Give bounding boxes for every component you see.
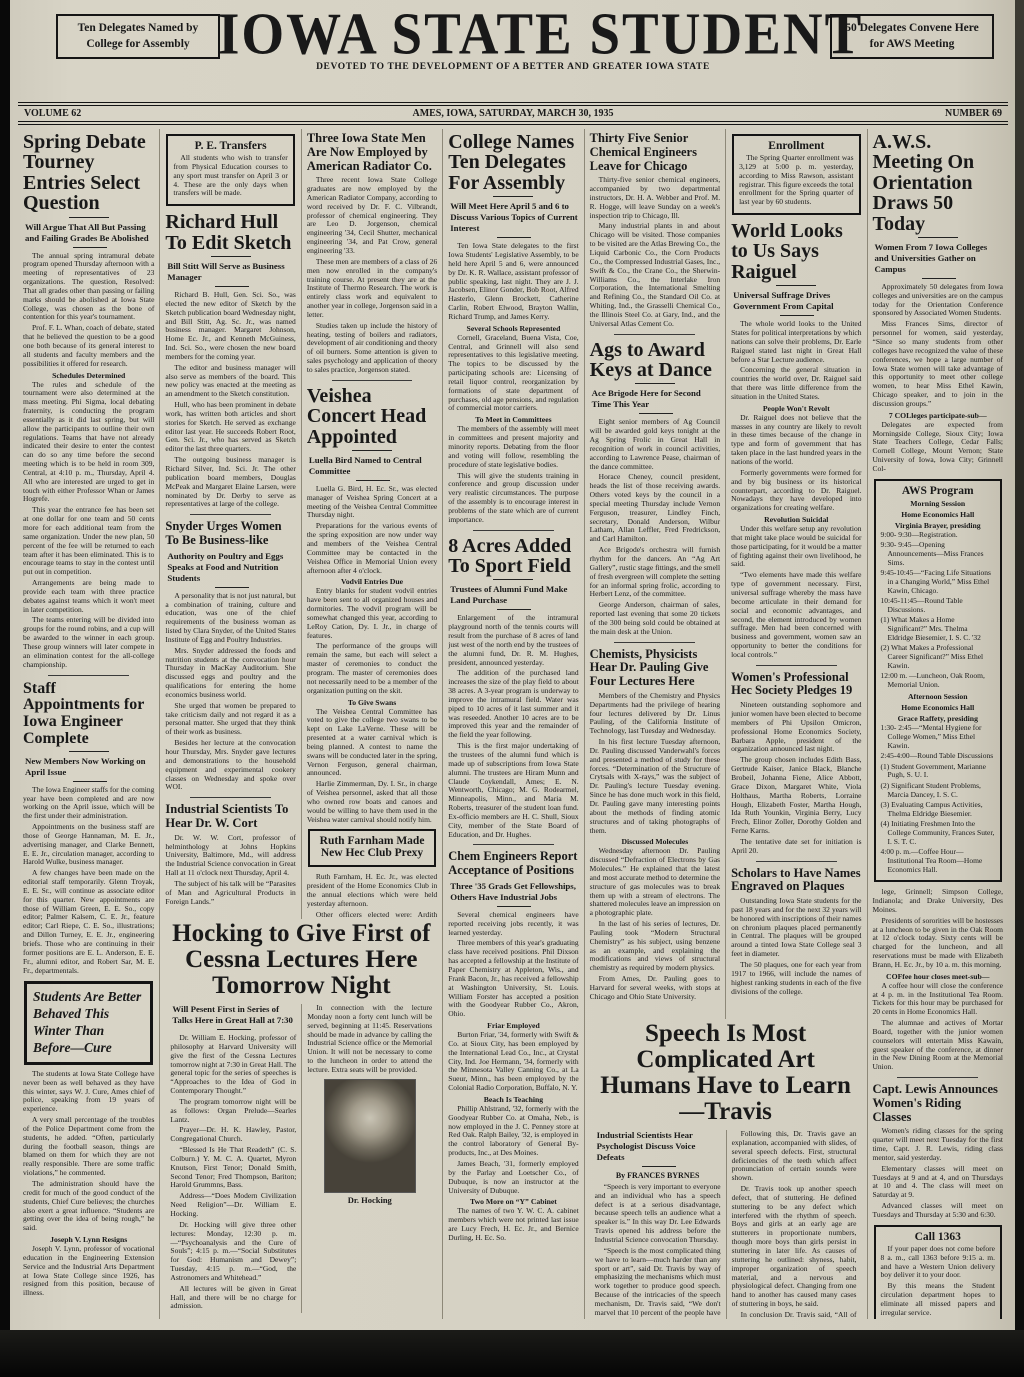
story-ruth-farnham: Ruth Farnham Made New Hec Club Prexy Rut…: [307, 829, 437, 919]
paragraph: Nineteen outstanding sophomore and junio…: [731, 701, 861, 754]
dr-hocking-photo: [324, 1079, 416, 1193]
story-hec-society-pledges: Women's Professional Hec Society Pledges…: [731, 671, 861, 856]
section-subhead: Two More on “Y” Cabinet: [448, 1197, 578, 1206]
paragraph: Dr. W. W. Cort, professor of helmintholo…: [165, 834, 295, 878]
paragraph: The rules and schedule of the tournament…: [23, 381, 154, 505]
paragraph: lege, Grinnell; Simpson College, Indiano…: [873, 888, 1003, 915]
story-body: The whole world looks to the United Stat…: [731, 320, 861, 660]
photo-caption: Dr. Hocking: [307, 1195, 432, 1205]
story-columns: Industrial Scientists Hear Psychologist …: [590, 1130, 862, 1319]
story-columns: Will Pesent First in Series of Talks Her…: [165, 1004, 437, 1313]
divider: [473, 844, 554, 845]
story-body: Ruth Farnham, H. Ec. Jr., was elected pr…: [307, 873, 437, 919]
boxed-headline: Students Are Better Behaved This Winter …: [24, 981, 153, 1065]
story-body: Three recent Iowa State College graduate…: [307, 176, 437, 375]
story-spring-debate: Spring Debate Tourney Entries Select Que…: [23, 132, 154, 670]
subhead: Industrial Scientists Hear Psychologist …: [595, 1130, 721, 1167]
paragraph: The editor and business manager will als…: [165, 364, 295, 399]
ear-box-right: 50 Delegates Convene Here for AWS Meetin…: [830, 14, 994, 59]
box-title: Call 1363: [881, 1231, 995, 1243]
headline: Women's Professional Hec Society Pledges…: [731, 671, 861, 699]
story-college-names-delegates: College Names Ten Delegates For Assembly…: [448, 132, 578, 525]
deck: Ace Brigode Here for Second Time This Ye…: [590, 388, 720, 414]
story-body: Enlargement of the intramural playground…: [448, 614, 578, 839]
paragraph: Outstanding Iowa State students for the …: [731, 897, 861, 959]
paragraph: The Veishea Central Committee has voted …: [307, 708, 437, 779]
box-pe-transfers: P. E. Transfers All students who wish to…: [166, 134, 294, 206]
story-body: A personality that is not just natural, …: [165, 592, 295, 793]
column-7: A.W.S. Meeting On Orientation Draws 50 T…: [867, 129, 1008, 1319]
headline: World Looks to Us Says Raiguel: [731, 221, 861, 286]
story-body: The Iowa Engineer staffs for the coming …: [23, 786, 154, 976]
story-raiguel: World Looks to Us Says Raiguel Universal…: [731, 221, 861, 660]
paragraph: This year the entrance fee has been set …: [23, 506, 154, 577]
divider: [756, 665, 837, 666]
column-4: College Names Ten Delegates For Assembly…: [442, 129, 583, 1319]
box-enrollment: Enrollment The Spring Quarter enrollment…: [732, 134, 860, 215]
paragraph: (2) Significant Student Problems, Marcia…: [881, 782, 995, 800]
headline: Three Iowa State Men Are Now Employed by…: [307, 132, 437, 173]
paper-title: IOWA STATE STUDENT: [218, 4, 808, 63]
divider: [756, 861, 837, 862]
story-riding-classes: Capt. Lewis Announces Women's Riding Cla…: [873, 1083, 1003, 1220]
paragraph: A few changes have been made on the edit…: [23, 869, 154, 975]
paragraph: “Blessed Is He That Readeth” (C. S. Colb…: [170, 1146, 296, 1190]
section-subhead: Joseph V. Lynn Resigns: [23, 1235, 154, 1244]
story-iowa-engineer-staff: Staff Appointments for Iowa Engineer Com…: [23, 681, 154, 976]
story-hocking-lectures: Hocking to Give First of Cessna Lectures…: [159, 919, 442, 1319]
ear-box-left: Ten Delegates Named by College for Assem…: [56, 14, 220, 59]
paragraph: Following this, Dr. Travis gave an expla…: [732, 1130, 857, 1183]
paragraph: The Spring Quarter enrollment was 3,129 …: [739, 154, 853, 207]
story-left-column: Will Pesent First in Series of Talks Her…: [165, 1004, 301, 1313]
paragraph: All lectures will be given in Great Hall…: [170, 1285, 296, 1312]
paragraph: Formerly governments were formed for and…: [731, 469, 861, 513]
paragraph: Ruth Farnham, H. Ec. Jr., was elected pr…: [307, 873, 437, 908]
paragraph: The group chosen includes Edith Bass, Ge…: [731, 756, 861, 836]
divider: [897, 1077, 978, 1078]
section-subhead: Afternoon Session: [881, 692, 995, 701]
deck: Universal Suffrage Drives Government Fro…: [731, 290, 861, 316]
paragraph: Burton Friar, '34, formerly with Swift &…: [448, 1031, 578, 1093]
paragraph: Women's riding classes for the spring qu…: [873, 1127, 1003, 1162]
paragraph: Dr. Raiguel does not believe that the ma…: [731, 414, 861, 467]
paragraph: (2) What Makes a Professional Career Sig…: [881, 644, 995, 671]
paragraph: Appointments on the business staff are t…: [23, 823, 154, 867]
paragraph: Three members of this year's graduating …: [448, 939, 578, 1019]
paragraph: This is the first major undertaking of t…: [448, 742, 578, 839]
paragraph: Wednesday afternoon Dr. Pauling discusse…: [590, 847, 720, 918]
paragraph: The annual spring intramural debate prog…: [23, 252, 154, 323]
divider: [473, 530, 554, 531]
paragraph: These men are members of a class of 26 m…: [307, 258, 437, 320]
paragraph: Address—“Does Modern Civilization Need R…: [170, 1192, 296, 1219]
section-subhead: 7 COLleges participate-sub—: [873, 411, 1003, 420]
paragraph: Phillip Ahlstrand, '32, formerly with th…: [448, 1105, 578, 1158]
column-3: Three Iowa State Men Are Now Employed by…: [301, 129, 442, 919]
paragraph: Hull, who has been prominent in debate w…: [165, 401, 295, 454]
story-eight-acres: 8 Acres Added To Sport Field Trustees of…: [448, 536, 578, 840]
box-title: Enrollment: [739, 140, 853, 152]
paragraph: The performance of the groups will remai…: [307, 642, 437, 695]
paragraph: From Ames, Dr. Pauling goes to Harvard f…: [590, 975, 720, 1002]
headline: Staff Appointments for Iowa Engineer Com…: [23, 681, 154, 752]
deck: Will Argue That All But Passing and Fail…: [23, 222, 154, 248]
paragraph: A personality that is not just natural, …: [165, 592, 295, 645]
story-body: lege, Grinnell; Simpson College, Indiano…: [873, 888, 1003, 1072]
paragraph: Members of the Chemistry and Physics Dep…: [590, 692, 720, 736]
paragraph: A very small percentage of the troubles …: [23, 1116, 154, 1178]
section-subhead: Several Schools Represented: [448, 324, 578, 333]
headline: Students Are Better Behaved This Winter …: [33, 989, 144, 1057]
paragraph: Three recent Iowa State College graduate…: [307, 176, 437, 256]
paragraph: The alumnae and actives of Mortar Board,…: [873, 1019, 1003, 1072]
paragraph: If your paper does not come before 8 a. …: [881, 1245, 995, 1280]
divider: [614, 334, 695, 335]
paragraph: She urged that women be prepared to take…: [165, 702, 295, 737]
paragraph: James Beach, '31, formerly employed by t…: [448, 1160, 578, 1195]
paragraph: Dr. Hocking will give three other lectur…: [170, 1221, 296, 1283]
headline: A.W.S. Meeting On Orientation Draws 50 T…: [873, 132, 1003, 238]
headline: Richard Hull To Edit Sketch: [165, 212, 295, 257]
paragraph: Other officers elected were: Ardith Luth…: [307, 911, 437, 919]
paragraph: (3) Evaluating Campus Activities, Thelma…: [881, 801, 995, 819]
story-aws-meeting-continued: lege, Grinnell; Simpson College, Indiano…: [873, 888, 1003, 1072]
paragraph: The outgoing business manager is Richard…: [165, 456, 295, 509]
section-subhead: Virginia Brayer, presiding: [881, 521, 995, 530]
divider: [614, 642, 695, 643]
paragraph: Harlie Zimmerman, Dy. I. Sr., in charge …: [307, 780, 437, 824]
story-chem-engineers: Chem Engineers Report Acceptance of Posi…: [448, 850, 578, 1242]
story-american-radiator: Three Iowa State Men Are Now Employed by…: [307, 132, 437, 375]
paragraph: Enlargement of the intramural playground…: [448, 614, 578, 667]
paragraph: Cornell, Graceland, Buena Vista, Coe, Ce…: [448, 334, 578, 414]
story-chem-engineers-chicago: Thirty Five Senior Chemical Engineers Le…: [590, 132, 720, 329]
box-title: AWS Program: [881, 485, 995, 497]
paragraph: Advanced classes will meet on Tuesdays a…: [873, 1202, 1003, 1220]
story-body: Nineteen outstanding sophomore and junio…: [731, 701, 861, 855]
headline: College Names Ten Delegates For Assembly: [448, 132, 578, 197]
story-left-column: Industrial Scientists Hear Psychologist …: [590, 1130, 726, 1319]
paragraph: Prayer—Dr. H. K. Hawley, Pastor, Congreg…: [170, 1126, 296, 1144]
headline: Snyder Urges Women To Be Business-like: [165, 520, 295, 548]
paragraph: Studies taken up include the history of …: [307, 322, 437, 375]
paragraph: Horace Cheney, council president, heads …: [590, 473, 720, 544]
headline: Industrial Scientists To Hear Dr. W. Cor…: [165, 803, 295, 831]
section-subhead: People Won't Revolt: [731, 404, 861, 413]
paragraph: “Two elements have made this welfare typ…: [731, 571, 861, 659]
paragraph: Besides her lecture at the convocation h…: [165, 739, 295, 792]
dateline-bar: VOLUME 62 AMES, IOWA, SATURDAY, MARCH 30…: [18, 102, 1008, 125]
paragraph: The addition of the purchased land incre…: [448, 669, 578, 740]
paragraph: The names of two Y. W. C. A. cabinet mem…: [448, 1207, 578, 1242]
story-body: In connection with the lecture Monday no…: [307, 1004, 432, 1075]
paragraph: Concerning the general situation in coun…: [731, 366, 861, 401]
story-body: “Speech is very important to everyone an…: [595, 1183, 721, 1319]
paragraph: George Anderson, chairman of sales, repo…: [590, 601, 720, 636]
paragraph: Arrangements are being made to provide e…: [23, 579, 154, 614]
headline: Ruth Farnham Made New Hec Club Prexy: [315, 835, 429, 859]
masthead-center: IOWA STATE STUDENT DEVOTED TO THE DEVELO…: [218, 6, 808, 72]
deck: Three '35 Grads Get Fellowships, Others …: [448, 881, 578, 907]
scan-edge-bottom: [0, 1330, 1024, 1377]
section-subhead: Home Economics Hall: [881, 510, 995, 519]
paragraph: 2:45-4:00—Round Table Discussions: [881, 752, 995, 761]
divider: [190, 514, 271, 515]
page-columns: Spring Debate Tourney Entries Select Que…: [18, 129, 1008, 1319]
story-right-column: Following this, Dr. Travis gave an expla…: [726, 1130, 862, 1319]
story-snyder-urges: Snyder Urges Women To Be Business-like A…: [165, 520, 295, 792]
paragraph: Dr. William E. Hocking, professor of phi…: [170, 1034, 296, 1096]
headline: 8 Acres Added To Sport Field: [448, 536, 578, 581]
paragraph: 10:45-11:45—Round Table Discussions.: [881, 597, 995, 615]
paragraph: Presidents of sororities will be hostess…: [873, 917, 1003, 970]
story-body: Dr. W. W. Cort, professor of helmintholo…: [165, 834, 295, 907]
headline: Capt. Lewis Announces Women's Riding Cla…: [873, 1083, 1003, 1124]
paragraph: The subject of his talk will be “Parasit…: [165, 880, 295, 907]
paragraph: Under this welfare setup any revolution …: [731, 525, 861, 569]
paragraph: The 50 plaques, one for each year from 1…: [731, 961, 861, 996]
story-body: Richard B. Hull, Gen. Sci. So., was elec…: [165, 291, 295, 509]
byline: By FRANCES BYRNES: [595, 1171, 721, 1180]
section-subhead: Discussed Molecules: [590, 837, 720, 846]
story-veishea-concert: Veishea Concert Head Appointed Luella Bi…: [307, 386, 437, 825]
story-body: Members of the Chemistry and Physics Dep…: [590, 692, 720, 1002]
paragraph: In his first lecture Tuesday afternoon, …: [590, 738, 720, 835]
paragraph: Miss Frances Sims, director of personnel…: [873, 320, 1003, 408]
paragraph: Entry blanks for student vodvil entries …: [307, 587, 437, 640]
story-speech-travis: Speech Is Most Complicated Art Humans Ha…: [584, 1019, 867, 1319]
box-call-1363: Call 1363 If your paper does not come be…: [874, 1225, 1002, 1319]
section-subhead: To Meet in Committees: [448, 415, 578, 424]
headline: Chemists, Physicists Hear Dr. Pauling Gi…: [590, 648, 720, 689]
paragraph: In the last of his series of lectures, D…: [590, 920, 720, 973]
paragraph: Approximately 50 delegates from Iowa col…: [873, 283, 1003, 318]
column-6: Enrollment The Spring Quarter enrollment…: [725, 129, 866, 1019]
story-aws-meeting: A.W.S. Meeting On Orientation Draws 50 T…: [873, 132, 1003, 474]
paragraph: This will give the students training in …: [448, 472, 578, 525]
paragraph: (4) Initiating Freshmen Into the College…: [881, 820, 995, 847]
paragraph: The Iowa Engineer staffs for the coming …: [23, 786, 154, 821]
paragraph: By this means the Student circulation de…: [881, 1282, 995, 1317]
paragraph: The administration should have the credi…: [23, 1180, 154, 1233]
paragraph: Richard B. Hull, Gen. Sci. So., was elec…: [165, 291, 295, 362]
deck: New Members Now Working on April Issue: [23, 756, 154, 782]
paragraph: Mrs. Snyder addressed the foods and nutr…: [165, 647, 295, 700]
divider: [190, 797, 271, 798]
story-body: Thirty-five senior chemical engineers, a…: [590, 176, 720, 328]
deck: Women From 7 Iowa Colleges and Universit…: [873, 242, 1003, 279]
section-subhead: Morning Session: [881, 499, 995, 508]
section-subhead: Grace Raffety, presiding: [881, 714, 995, 723]
paragraph: All students who wish to transfer from P…: [173, 154, 287, 198]
story-pauling-lectures: Chemists, Physicists Hear Dr. Pauling Gi…: [590, 648, 720, 1002]
box-body: The Spring Quarter enrollment was 3,129 …: [739, 154, 853, 207]
story-cort-lecture: Industrial Scientists To Hear Dr. W. Cor…: [165, 803, 295, 906]
program-schedule: Morning SessionHome Economics HallVirgin…: [881, 499, 995, 875]
story-scholars-plaques: Scholars to Have Names Engraved on Plaqu…: [731, 867, 861, 997]
paragraph: “Speech is very important to everyone an…: [595, 1183, 721, 1245]
headline: Ags to Award Keys at Dance: [590, 340, 720, 385]
paragraph: The tentative date set for initiation is…: [731, 838, 861, 856]
column-5: Thirty Five Senior Chemical Engineers Le…: [584, 129, 725, 1019]
deck: Will Meet Here April 5 and 6 to Discuss …: [448, 201, 578, 238]
paragraph: Dr. Travis took up another speech defect…: [732, 1185, 857, 1309]
section-subhead: Schedules Determined: [23, 371, 154, 380]
newspaper-page: Ten Delegates Named by College for Assem…: [0, 0, 1024, 1377]
paragraph: Ace Brigode's orchestra will furnish rhy…: [590, 546, 720, 599]
section-subhead: Friar Employed: [448, 1021, 578, 1030]
paragraph: Ten Iowa State delegates to the first Io…: [448, 242, 578, 322]
paragraph: In conclusion Dr. Travis said, “All of y…: [732, 1311, 857, 1319]
section-subhead: Revolution Suicidal: [731, 515, 861, 524]
paragraph: 4:00 p. m.—Coffee Hour—Institutional Tea…: [881, 848, 995, 875]
paragraph: The students at Iowa State College have …: [23, 1070, 154, 1114]
deck: Authority on Poultry and Eggs Speaks at …: [165, 551, 295, 588]
paragraph: Several chemical engineers have reported…: [448, 911, 578, 938]
paragraph: (1) What Makes a Home Significant?” Mrs.…: [881, 616, 995, 643]
story-body: Dr. William E. Hocking, professor of phi…: [170, 1034, 296, 1311]
story-body: Following this, Dr. Travis gave an expla…: [732, 1130, 857, 1319]
box-title: P. E. Transfers: [173, 140, 287, 152]
column-2: P. E. Transfers All students who wish to…: [159, 129, 300, 919]
divider: [48, 675, 129, 676]
headline: Hocking to Give First of Cessna Lectures…: [165, 921, 437, 999]
paragraph: Eight senior members of Ag Council will …: [590, 418, 720, 471]
box-body: All students who wish to transfer from P…: [173, 154, 287, 198]
story-ags-award-keys: Ags to Award Keys at Dance Ace Brigode H…: [590, 340, 720, 637]
column-1: Spring Debate Tourney Entries Select Que…: [18, 129, 159, 1319]
story-body: Outstanding Iowa State students for the …: [731, 897, 861, 996]
story-body: The annual spring intramural debate prog…: [23, 252, 154, 670]
box-aws-program: AWS Program Morning SessionHome Economic…: [874, 479, 1002, 882]
headline: Thirty Five Senior Chemical Engineers Le…: [590, 132, 720, 173]
story-richard-hull: Richard Hull To Edit Sketch Bill Stitt W…: [165, 212, 295, 509]
deck: Trustees of Alumni Fund Make Land Purcha…: [448, 584, 578, 610]
paragraph: Many industrial plants in and about Chic…: [590, 222, 720, 328]
headline: Speech Is Most Complicated Art Humans Ha…: [590, 1021, 862, 1125]
headline: Spring Debate Tourney Entries Select Que…: [23, 132, 154, 218]
masthead: Ten Delegates Named by College for Assem…: [18, 4, 1008, 100]
story-students-behaved: Students Are Better Behaved This Winter …: [23, 981, 154, 1298]
section-subhead: Vodvil Entries Due: [307, 577, 437, 586]
paragraph: 9:30- 9:45—Opening Announcements—Miss Fr…: [881, 541, 995, 568]
paragraph: The members of the assembly will meet in…: [448, 425, 578, 469]
paragraph: 9:00- 9:30—Registration.: [881, 531, 995, 540]
paragraph: The teams entering will be divided into …: [23, 616, 154, 669]
story-body: Women's riding classes for the spring qu…: [873, 1127, 1003, 1219]
paragraph: Elementary classes will meet on Tuesdays…: [873, 1165, 1003, 1200]
paragraph: Delegates are expected from Morningside …: [873, 421, 1003, 474]
section-subhead: To Give Swans: [307, 698, 437, 707]
paragraph: 1:30- 2:45—“Mental Hygiene for College W…: [881, 724, 995, 751]
date-label: AMES, IOWA, SATURDAY, MARCH 30, 1935: [18, 108, 1008, 119]
headline: Chem Engineers Report Acceptance of Posi…: [448, 850, 578, 878]
headline: Scholars to Have Names Engraved on Plaqu…: [731, 867, 861, 895]
paragraph: Thirty-five senior chemical engineers, a…: [590, 176, 720, 220]
paragraph: 12:00 m. —Luncheon, Oak Room, Memorial U…: [881, 672, 995, 690]
section-subhead: Home Economics Hall: [881, 703, 995, 712]
newspaper-front-page: Ten Delegates Named by College for Assem…: [10, 0, 1016, 1330]
headline: Veishea Concert Head Appointed: [307, 386, 437, 451]
divider: [332, 380, 413, 381]
story-body: Eight senior members of Ag Council will …: [590, 418, 720, 636]
paragraph: Joseph V. Lynn, professor of vocational …: [23, 1245, 154, 1298]
box-body: If your paper does not come before 8 a. …: [881, 1245, 995, 1318]
paragraph: 9:45-10:45—“Facing Life Situations in a …: [881, 569, 995, 596]
paragraph: “Speech is the most complicated thing we…: [595, 1247, 721, 1319]
deck: Bill Stitt Will Serve as Business Manage…: [165, 261, 295, 287]
paragraph: The whole world looks to the United Stat…: [731, 320, 861, 364]
story-body: Ten Iowa State delegates to the first Io…: [448, 242, 578, 524]
story-right-column: In connection with the lecture Monday no…: [301, 1004, 437, 1313]
deck: Luella Bird Named to Central Committee: [307, 455, 437, 481]
section-subhead: Beach Is Teaching: [448, 1095, 578, 1104]
paragraph: In connection with the lecture Monday no…: [307, 1004, 432, 1075]
story-body: The students at Iowa State College have …: [23, 1070, 154, 1298]
paragraph: The program tomorrow night will be as fo…: [170, 1098, 296, 1125]
paragraph: Luella G. Bird, H. Ec. Sr., was elected …: [307, 485, 437, 520]
paragraph: Prof. F. L. Whan, coach of debate, state…: [23, 324, 154, 368]
deck: Will Pesent First in Series of Talks Her…: [170, 1004, 296, 1030]
story-body: Approximately 50 delegates from Iowa col…: [873, 283, 1003, 474]
section-subhead: COFfee hour closes meet-sub—: [873, 972, 1003, 981]
paragraph: Preparations for the various events of t…: [307, 522, 437, 575]
scan-edge-right: [1015, 0, 1024, 1377]
story-body: Several chemical engineers have reported…: [448, 911, 578, 1243]
paragraph: A coffee hour will close the conference …: [873, 982, 1003, 1017]
paragraph: (1) Student Government, Marianne Pugh, S…: [881, 763, 995, 781]
boxed-headline: Ruth Farnham Made New Hec Club Prexy: [308, 829, 436, 867]
story-body: Luella G. Bird, H. Ec. Sr., was elected …: [307, 485, 437, 825]
